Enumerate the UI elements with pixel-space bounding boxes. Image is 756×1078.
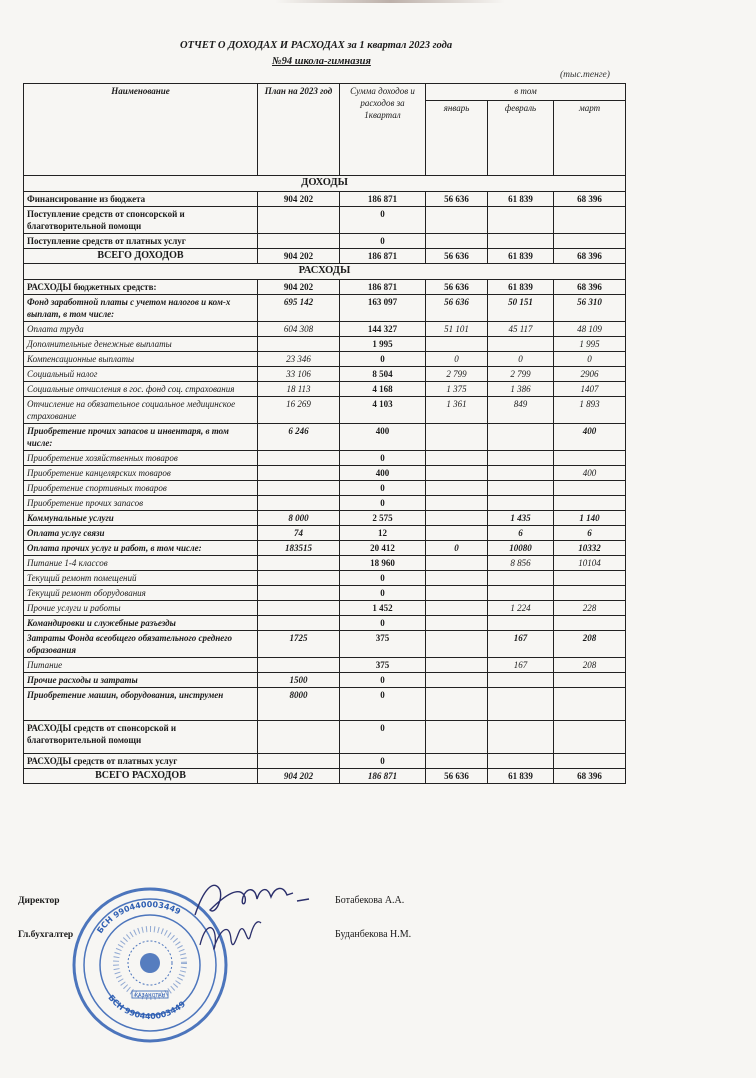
header-plan: План на 2023 год xyxy=(258,84,340,176)
total-row: ВСЕГО РАСХОДОВ904 202186 87156 63661 839… xyxy=(24,769,626,784)
cell-feb: 61 839 xyxy=(488,769,554,784)
cell-jan: 56 636 xyxy=(426,249,488,264)
table-row: Текущий ремонт помещений0 xyxy=(24,571,626,586)
director-name: Ботабекова А.А. xyxy=(335,895,404,906)
cell-mar xyxy=(554,688,626,721)
school-name: №94 школа-гимназия xyxy=(272,56,392,67)
cell-plan: 1725 xyxy=(258,631,340,658)
row-name: Текущий ремонт оборудования xyxy=(24,586,258,601)
table-row: Приобретение канцелярских товаров400400 xyxy=(24,466,626,481)
accountant-label: Гл.бухгалтер xyxy=(18,930,73,940)
cell-jan: 56 636 xyxy=(426,280,488,295)
cell-sum: 0 xyxy=(340,234,426,249)
header-name: Наименование xyxy=(24,84,258,176)
cell-sum: 186 871 xyxy=(340,769,426,784)
table-row: Оплата прочих услуг и работ, в том числе… xyxy=(24,541,626,556)
cell-feb: 50 151 xyxy=(488,295,554,322)
header-feb: февраль xyxy=(488,101,554,176)
cell-sum: 186 871 xyxy=(340,192,426,207)
cell-mar: 1 995 xyxy=(554,337,626,352)
table-row: Оплата труда604 308144 32751 10145 11748… xyxy=(24,322,626,337)
cell-plan xyxy=(258,207,340,234)
cell-jan xyxy=(426,601,488,616)
row-name: Прочие расходы и затраты xyxy=(24,673,258,688)
cell-plan: 74 xyxy=(258,526,340,541)
cell-mar: 0 xyxy=(554,352,626,367)
section-expenses-label: РАСХОДЫ xyxy=(24,264,626,280)
cell-sum: 0 xyxy=(340,481,426,496)
row-name: Коммунальные услуги xyxy=(24,511,258,526)
cell-sum: 12 xyxy=(340,526,426,541)
cell-feb xyxy=(488,424,554,451)
cell-sum: 0 xyxy=(340,571,426,586)
header-jan: январь xyxy=(426,101,488,176)
table-row: Финансирование из бюджета904 202186 8715… xyxy=(24,192,626,207)
row-name: Оплата труда xyxy=(24,322,258,337)
cell-jan xyxy=(426,658,488,673)
cell-jan xyxy=(426,337,488,352)
cell-plan xyxy=(258,337,340,352)
table-row: Дополнительные денежные выплаты1 9951 99… xyxy=(24,337,626,352)
cell-mar xyxy=(554,481,626,496)
row-name: Поступление средств от платных услуг xyxy=(24,234,258,249)
cell-sum: 0 xyxy=(340,352,426,367)
cell-feb: 849 xyxy=(488,397,554,424)
cell-sum: 375 xyxy=(340,631,426,658)
cell-feb: 6 xyxy=(488,526,554,541)
cell-plan: 1500 xyxy=(258,673,340,688)
row-name: Приобретение хозяйственных товаров xyxy=(24,451,258,466)
cell-plan: 904 202 xyxy=(258,249,340,264)
cell-sum: 0 xyxy=(340,451,426,466)
cell-jan xyxy=(426,496,488,511)
cell-plan: 183515 xyxy=(258,541,340,556)
row-name: Приобретение спортивных товаров xyxy=(24,481,258,496)
cell-sum: 400 xyxy=(340,424,426,451)
cell-plan xyxy=(258,481,340,496)
cell-mar xyxy=(554,207,626,234)
cell-jan xyxy=(426,754,488,769)
cell-feb xyxy=(488,451,554,466)
cell-plan: 8 000 xyxy=(258,511,340,526)
cell-jan xyxy=(426,721,488,754)
cell-plan xyxy=(258,658,340,673)
cell-mar xyxy=(554,496,626,511)
cell-jan xyxy=(426,556,488,571)
signature-accountant-icon xyxy=(195,915,275,975)
cell-mar: 68 396 xyxy=(554,192,626,207)
cell-jan: 56 636 xyxy=(426,295,488,322)
row-name: Приобретение машин, оборудования, инстру… xyxy=(24,688,258,721)
cell-jan xyxy=(426,207,488,234)
cell-sum: 0 xyxy=(340,207,426,234)
cell-plan: 6 246 xyxy=(258,424,340,451)
cell-jan xyxy=(426,424,488,451)
table-row: Текущий ремонт оборудования0 xyxy=(24,586,626,601)
table-row: Социальные отчисления в гос. фонд соц. с… xyxy=(24,382,626,397)
cell-feb xyxy=(488,586,554,601)
row-name: ВСЕГО ДОХОДОВ xyxy=(24,249,258,264)
director-label: Директор xyxy=(18,896,60,906)
cell-plan xyxy=(258,234,340,249)
cell-jan xyxy=(426,631,488,658)
header-including: в том xyxy=(426,84,626,101)
cell-plan: 16 269 xyxy=(258,397,340,424)
cell-mar: 68 396 xyxy=(554,769,626,784)
cell-mar: 68 396 xyxy=(554,280,626,295)
cell-mar: 68 396 xyxy=(554,249,626,264)
cell-feb xyxy=(488,571,554,586)
table-row: РАСХОДЫ средств от спонсорской и благотв… xyxy=(24,721,626,754)
cell-jan: 51 101 xyxy=(426,322,488,337)
cell-feb xyxy=(488,234,554,249)
cell-plan xyxy=(258,616,340,631)
cell-plan: 8000 xyxy=(258,688,340,721)
cell-feb: 1 224 xyxy=(488,601,554,616)
cell-mar: 56 310 xyxy=(554,295,626,322)
row-name: Прочие услуги и работы xyxy=(24,601,258,616)
cell-feb xyxy=(488,466,554,481)
row-name: Дополнительные денежные выплаты xyxy=(24,337,258,352)
cell-feb: 10080 xyxy=(488,541,554,556)
row-name: Фонд заработной платы с учетом налогов и… xyxy=(24,295,258,322)
cell-jan xyxy=(426,586,488,601)
table-row: Приобретение прочих запасов и инвентаря,… xyxy=(24,424,626,451)
cell-jan: 56 636 xyxy=(426,192,488,207)
cell-plan xyxy=(258,571,340,586)
cell-jan: 0 xyxy=(426,541,488,556)
income-expense-table: Наименование План на 2023 год Сумма дохо… xyxy=(23,83,626,784)
row-name: Компенсационные выплаты xyxy=(24,352,258,367)
table-row: Питание 1-4 классов18 9608 85610104 xyxy=(24,556,626,571)
cell-sum: 8 504 xyxy=(340,367,426,382)
cell-feb: 61 839 xyxy=(488,280,554,295)
table-row: Компенсационные выплаты23 3460000 xyxy=(24,352,626,367)
cell-sum: 20 412 xyxy=(340,541,426,556)
row-name: Оплата прочих услуг и работ, в том числе… xyxy=(24,541,258,556)
cell-sum: 144 327 xyxy=(340,322,426,337)
cell-jan xyxy=(426,234,488,249)
table-row: Фонд заработной платы с учетом налогов и… xyxy=(24,295,626,322)
cell-jan: 2 799 xyxy=(426,367,488,382)
table-row: Оплата услуг связи741266 xyxy=(24,526,626,541)
cell-plan xyxy=(258,556,340,571)
row-name: Приобретение прочих запасов xyxy=(24,496,258,511)
cell-feb xyxy=(488,721,554,754)
cell-mar xyxy=(554,754,626,769)
cell-mar: 2906 xyxy=(554,367,626,382)
cell-sum: 1 452 xyxy=(340,601,426,616)
cell-feb: 167 xyxy=(488,631,554,658)
cell-mar: 10332 xyxy=(554,541,626,556)
table-row: Приобретение хозяйственных товаров0 xyxy=(24,451,626,466)
cell-mar: 1407 xyxy=(554,382,626,397)
row-name: Текущий ремонт помещений xyxy=(24,571,258,586)
row-name: Питание 1-4 классов xyxy=(24,556,258,571)
cell-feb xyxy=(488,688,554,721)
table-row: Питание375167208 xyxy=(24,658,626,673)
cell-mar: 10104 xyxy=(554,556,626,571)
cell-plan: 904 202 xyxy=(258,280,340,295)
cell-mar xyxy=(554,586,626,601)
cell-feb: 1 386 xyxy=(488,382,554,397)
row-name: Социальный налог xyxy=(24,367,258,382)
cell-jan xyxy=(426,571,488,586)
cell-mar: 48 109 xyxy=(554,322,626,337)
cell-jan xyxy=(426,451,488,466)
cell-plan: 604 308 xyxy=(258,322,340,337)
cell-plan xyxy=(258,496,340,511)
row-name: Затраты Фонда всеобщего обязательного ср… xyxy=(24,631,258,658)
section-expenses: РАСХОДЫ xyxy=(24,264,626,280)
cell-jan: 1 375 xyxy=(426,382,488,397)
cell-mar: 400 xyxy=(554,466,626,481)
cell-feb xyxy=(488,754,554,769)
cell-jan xyxy=(426,511,488,526)
table-row: Командировки и служебные разъезды0 xyxy=(24,616,626,631)
cell-plan xyxy=(258,586,340,601)
cell-plan xyxy=(258,451,340,466)
cell-feb xyxy=(488,673,554,688)
cell-plan: 904 202 xyxy=(258,769,340,784)
cell-sum: 0 xyxy=(340,754,426,769)
cell-sum: 0 xyxy=(340,496,426,511)
table-row: Поступление средств от спонсорской и бла… xyxy=(24,207,626,234)
cell-sum: 163 097 xyxy=(340,295,426,322)
row-name: Командировки и служебные разъезды xyxy=(24,616,258,631)
cell-feb: 167 xyxy=(488,658,554,673)
cell-sum: 0 xyxy=(340,586,426,601)
cell-feb: 45 117 xyxy=(488,322,554,337)
table-row: Поступление средств от платных услуг0 xyxy=(24,234,626,249)
table-row: Коммунальные услуги8 0002 5751 4351 140 xyxy=(24,511,626,526)
units-label: (тыс.тенге) xyxy=(560,70,610,80)
table-row: Отчисление на обязательное социальное ме… xyxy=(24,397,626,424)
cell-feb: 2 799 xyxy=(488,367,554,382)
cell-plan: 18 113 xyxy=(258,382,340,397)
cell-mar xyxy=(554,673,626,688)
row-name: РАСХОДЫ бюджетных средств: xyxy=(24,280,258,295)
cell-sum: 0 xyxy=(340,688,426,721)
cell-feb xyxy=(488,496,554,511)
svg-text:КАЗАКСТАН: КАЗАКСТАН xyxy=(135,993,166,999)
cell-mar: 208 xyxy=(554,658,626,673)
cell-jan xyxy=(426,481,488,496)
table-row: Социальный налог33 1068 5042 7992 799290… xyxy=(24,367,626,382)
table-row: Приобретение прочих запасов0 xyxy=(24,496,626,511)
cell-mar: 1 893 xyxy=(554,397,626,424)
cell-feb: 61 839 xyxy=(488,249,554,264)
cell-feb xyxy=(488,337,554,352)
row-name: Отчисление на обязательное социальное ме… xyxy=(24,397,258,424)
cell-feb xyxy=(488,616,554,631)
cell-jan xyxy=(426,688,488,721)
cell-sum: 0 xyxy=(340,616,426,631)
table-row: Приобретение спортивных товаров0 xyxy=(24,481,626,496)
report-title: ОТЧЕТ О ДОХОДАХ И РАСХОДАХ за 1 квартал … xyxy=(180,40,480,51)
section-income-label: ДОХОДЫ xyxy=(24,176,626,192)
cell-sum: 186 871 xyxy=(340,280,426,295)
cell-plan xyxy=(258,721,340,754)
cell-sum: 1 995 xyxy=(340,337,426,352)
cell-sum: 0 xyxy=(340,673,426,688)
row-name: Питание xyxy=(24,658,258,673)
cell-mar xyxy=(554,571,626,586)
cell-mar: 400 xyxy=(554,424,626,451)
cell-plan xyxy=(258,466,340,481)
cell-plan xyxy=(258,601,340,616)
table-row: РАСХОДЫ бюджетных средств:904 202186 871… xyxy=(24,280,626,295)
table-row: Прочие расходы и затраты15000 xyxy=(24,673,626,688)
cell-jan xyxy=(426,673,488,688)
cell-jan xyxy=(426,526,488,541)
cell-feb: 8 856 xyxy=(488,556,554,571)
accountant-name: Буданбекова Н.М. xyxy=(335,929,411,940)
header-mar: март xyxy=(554,101,626,176)
cell-sum: 0 xyxy=(340,721,426,754)
cell-sum: 4 103 xyxy=(340,397,426,424)
cell-feb: 61 839 xyxy=(488,192,554,207)
cell-mar xyxy=(554,616,626,631)
cell-mar xyxy=(554,721,626,754)
cell-sum: 186 871 xyxy=(340,249,426,264)
cell-feb: 1 435 xyxy=(488,511,554,526)
cell-plan: 904 202 xyxy=(258,192,340,207)
cell-plan xyxy=(258,754,340,769)
cell-plan: 33 106 xyxy=(258,367,340,382)
row-name: Оплата услуг связи xyxy=(24,526,258,541)
cell-jan: 1 361 xyxy=(426,397,488,424)
cell-mar: 208 xyxy=(554,631,626,658)
row-name: Приобретение прочих запасов и инвентаря,… xyxy=(24,424,258,451)
cell-mar: 228 xyxy=(554,601,626,616)
section-income: ДОХОДЫ xyxy=(24,176,626,192)
row-name: Социальные отчисления в гос. фонд соц. с… xyxy=(24,382,258,397)
row-name: Поступление средств от спонсорской и бла… xyxy=(24,207,258,234)
row-name: ВСЕГО РАСХОДОВ xyxy=(24,769,258,784)
cell-sum: 2 575 xyxy=(340,511,426,526)
total-row: ВСЕГО ДОХОДОВ904 202186 87156 63661 8396… xyxy=(24,249,626,264)
cell-plan: 23 346 xyxy=(258,352,340,367)
table-row: Затраты Фонда всеобщего обязательного ср… xyxy=(24,631,626,658)
cell-jan xyxy=(426,466,488,481)
cell-mar xyxy=(554,234,626,249)
table-row: РАСХОДЫ средств от платных услуг0 xyxy=(24,754,626,769)
cell-jan: 56 636 xyxy=(426,769,488,784)
table-row: Приобретение машин, оборудования, инстру… xyxy=(24,688,626,721)
cell-sum: 4 168 xyxy=(340,382,426,397)
row-name: Приобретение канцелярских товаров xyxy=(24,466,258,481)
cell-feb xyxy=(488,207,554,234)
table-body: ДОХОДЫ Финансирование из бюджета904 2021… xyxy=(24,176,626,784)
cell-mar: 1 140 xyxy=(554,511,626,526)
cell-jan xyxy=(426,616,488,631)
cell-plan: 695 142 xyxy=(258,295,340,322)
row-name: Финансирование из бюджета xyxy=(24,192,258,207)
cell-mar xyxy=(554,451,626,466)
cell-sum: 375 xyxy=(340,658,426,673)
cell-feb xyxy=(488,481,554,496)
table-row: Прочие услуги и работы1 4521 224228 xyxy=(24,601,626,616)
cell-sum: 400 xyxy=(340,466,426,481)
row-name: РАСХОДЫ средств от платных услуг xyxy=(24,754,258,769)
cell-jan: 0 xyxy=(426,352,488,367)
header-sum: Сумма доходов и расходов за 1квартал xyxy=(340,84,426,176)
cell-feb: 0 xyxy=(488,352,554,367)
row-name: РАСХОДЫ средств от спонсорской и благотв… xyxy=(24,721,258,754)
cell-mar: 6 xyxy=(554,526,626,541)
page-edge xyxy=(275,0,505,3)
cell-sum: 18 960 xyxy=(340,556,426,571)
